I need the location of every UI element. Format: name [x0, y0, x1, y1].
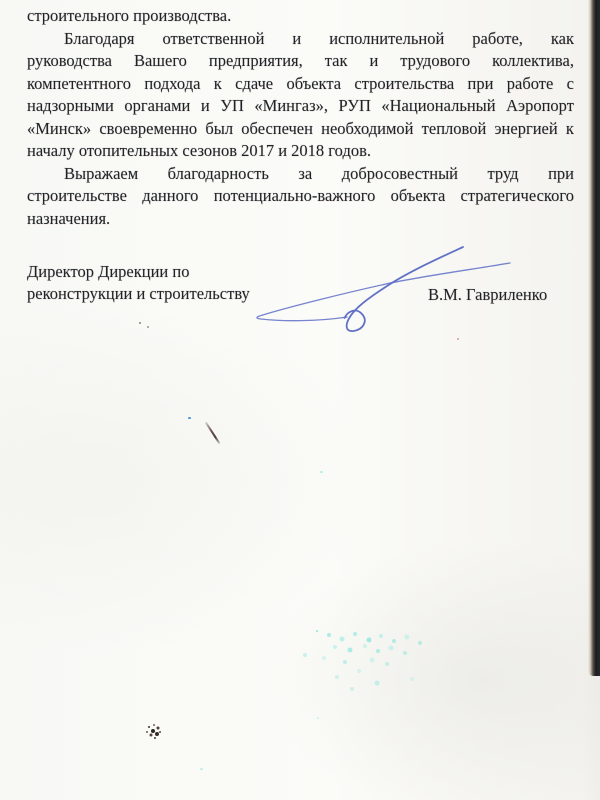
word: данного: [142, 185, 198, 208]
word: «Национальный: [381, 95, 495, 118]
word: и: [201, 95, 210, 118]
word: коллектива,: [492, 50, 574, 73]
word: надзорными: [27, 95, 114, 118]
letter-text-line: началу отопительных сезонов 2017 и 2018 …: [27, 140, 574, 163]
word: к: [566, 118, 574, 141]
word: руководства: [27, 50, 112, 73]
word: Аэропорт: [506, 95, 574, 118]
signer-title-line1: Директор Дирекции по: [27, 261, 250, 283]
word: Выражаем: [64, 163, 138, 186]
word: как: [551, 28, 574, 51]
word: УП: [220, 95, 244, 118]
word: органами: [124, 95, 190, 118]
word: компетентного: [27, 73, 131, 96]
word: труд: [488, 163, 519, 186]
cyan-speckle-noise: [316, 630, 318, 632]
word: трудового: [400, 50, 470, 73]
word: тепловой: [422, 118, 487, 141]
word: Благодаря: [64, 28, 135, 51]
gray-speck: [139, 322, 141, 324]
word: сдаче: [235, 73, 273, 96]
word: при: [468, 73, 494, 96]
letter-text-line: строительного производства.: [27, 5, 574, 28]
word: Вашего: [134, 50, 187, 73]
pink-speck: [457, 338, 459, 340]
letter-text-line: Благодаряответственнойиисполнительнойраб…: [27, 28, 574, 51]
word: строительства: [354, 73, 454, 96]
word: с: [567, 73, 574, 96]
cyan-speck: [317, 717, 319, 719]
word: обеспечен: [241, 118, 313, 141]
word: РУП: [339, 95, 371, 118]
cyan-speck: [320, 471, 323, 473]
word: потенциально-важного: [214, 185, 376, 208]
letter-text-line: Выражаемблагодарностьзадобросовестныйтру…: [27, 163, 574, 186]
word: и: [292, 28, 301, 51]
word: предприятия,: [209, 50, 303, 73]
letter-text-line: надзорнымиорганамииУП«Мингаз»,РУП«Национ…: [27, 95, 574, 118]
signer-title-line2: реконструкции и строительству: [27, 283, 250, 305]
word: за: [298, 163, 312, 186]
gray-speck: [147, 326, 149, 328]
word: работе,: [472, 28, 523, 51]
word: был: [205, 118, 233, 141]
blue-speck: [188, 417, 191, 419]
word: при: [548, 163, 574, 186]
word: благодарность: [168, 163, 269, 186]
word: добросовестный: [342, 163, 458, 186]
letter-text-line: назначения.: [27, 208, 574, 231]
word: необходимой: [321, 118, 413, 141]
letter-text-line: строительстведанногопотенциально-важного…: [27, 185, 574, 208]
word: ответственной: [162, 28, 264, 51]
signer-title: Директор Дирекции по реконструкции и стр…: [27, 261, 250, 304]
word: «Мингаз»,: [254, 95, 328, 118]
word: подхода: [144, 73, 200, 96]
letter-body: строительного производства.Благодаряотве…: [27, 5, 574, 230]
letter-text-line: «Минск»своевременнобылобеспеченнеобходим…: [27, 118, 574, 141]
scanned-letter-page: строительного производства.Благодаряотве…: [0, 0, 600, 800]
word: своевременно: [99, 118, 197, 141]
word: и: [369, 50, 378, 73]
word: к: [214, 73, 222, 96]
word: исполнительной: [329, 28, 444, 51]
word: энергией: [494, 118, 557, 141]
word: объекта: [286, 73, 341, 96]
letter-text-line: компетентногоподходаксдачеобъектастроите…: [27, 73, 574, 96]
word: так: [325, 50, 348, 73]
ink-scratch-mark: [205, 422, 220, 444]
signature-ink: [240, 235, 520, 345]
word: объекта: [391, 185, 446, 208]
word: работе: [507, 73, 554, 96]
word: стратегического: [461, 185, 574, 208]
word: строительстве: [27, 185, 127, 208]
cyan-speck: [200, 768, 203, 770]
ink-blot-cluster: [148, 726, 150, 728]
scan-edge-shadow: [588, 0, 600, 676]
word: «Минск»: [27, 118, 91, 141]
letter-text-line: руководстваВашегопредприятия,такитрудово…: [27, 50, 574, 73]
